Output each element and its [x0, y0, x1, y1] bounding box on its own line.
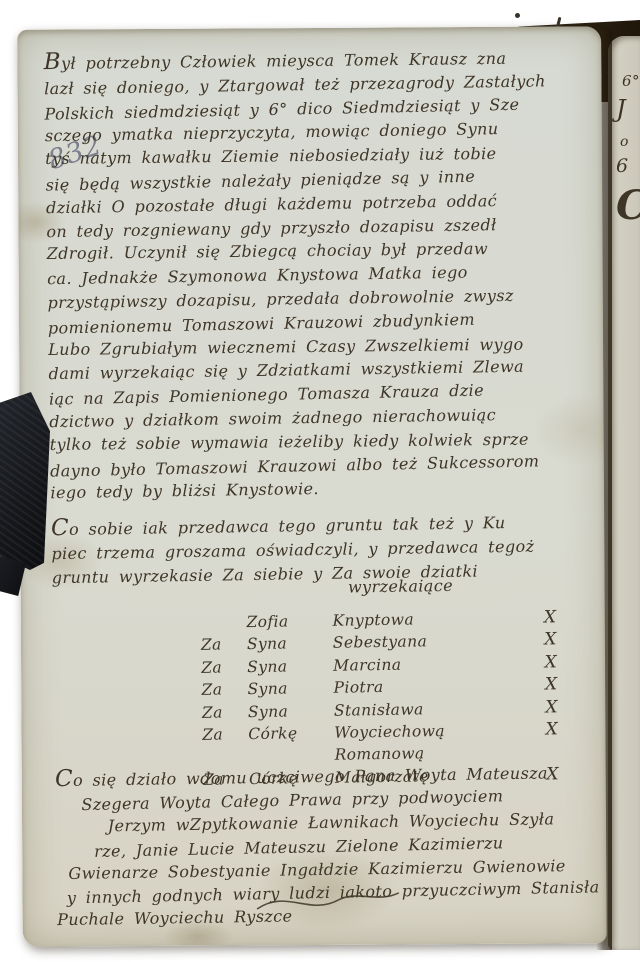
signature-word: Za [201, 678, 247, 701]
signature-mark: X [531, 673, 557, 696]
centered-word: wyrzekaiące [348, 576, 453, 597]
signature-word: Syna [247, 655, 333, 679]
signature-word: Syna [247, 632, 333, 656]
signature-word: Zofia [246, 610, 332, 634]
signature-word: Syna [248, 699, 334, 723]
ink-speck [515, 13, 520, 18]
signature-word: Piotra [333, 674, 531, 700]
photo-of-manuscript: { "photo": { "colors": {"background":"#8… [0, 0, 640, 962]
signature-word: Stanisława [334, 696, 532, 722]
black-leather-bookmark [0, 392, 50, 570]
signature-word [200, 611, 246, 634]
signature-word: Woyciechową Romanową [334, 719, 533, 767]
signature-word: Za [202, 701, 248, 724]
signature-word: Córkę [248, 722, 335, 768]
manuscript-line: 6 [616, 157, 640, 176]
adjacent-page-text-fragments: 6°Jo6C [616, 74, 640, 226]
paragraph-sale-record: Był potrzebny Człowiek mieysca Tomek Kra… [44, 44, 599, 506]
manuscript-line: J [616, 97, 640, 121]
signature-word: Marcina [333, 651, 531, 677]
signature-mark: X [532, 696, 558, 719]
signature-mark: X [530, 606, 556, 629]
manuscript-page: 832 Był potrzebny Człowiek mieysca Tomek… [17, 26, 607, 947]
manuscript-line: 6° [622, 74, 640, 89]
signature-word: Sebestyana [333, 629, 531, 655]
signature-word: Za [202, 723, 249, 769]
paragraph-declaration: Co sobie iak przedawca tego gruntu tak t… [51, 508, 600, 591]
signature-mark: X [532, 718, 559, 763]
manuscript-line: o [620, 135, 640, 149]
signature-mark: X [531, 651, 557, 674]
photo-background: 6°Jo6C 832 Był potrzebny Człowiek mieysc… [0, 0, 640, 962]
signature-word: Za [201, 656, 247, 679]
handwritten-text-layer: Był potrzebny Człowiek mieysca Tomek Kra… [43, 24, 591, 33]
signature-word: Knyptowa [332, 607, 530, 633]
manuscript-line: C [616, 186, 640, 226]
signature-flourish [253, 885, 403, 917]
adjacent-page-edge: 6°Jo6C [608, 36, 640, 950]
signature-word: Syna [247, 677, 333, 701]
signature-mark: X [531, 629, 557, 652]
signature-word: Za [201, 634, 247, 657]
